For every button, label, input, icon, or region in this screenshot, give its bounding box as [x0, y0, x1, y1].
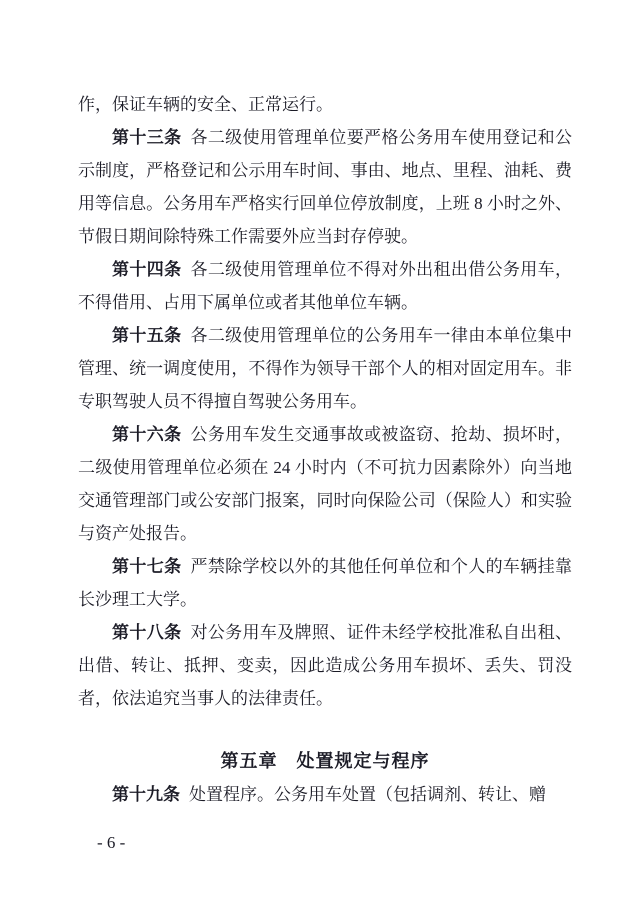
article-18-number: 第十八条 [112, 623, 181, 642]
article-16-number: 第十六条 [112, 425, 181, 444]
article-13-paragraph: 第十三条各二级使用管理单位要严格公务用车使用登记和公示制度，严格登记和公示用车时… [78, 121, 572, 253]
chapter-heading: 第五章 处置规定与程序 [78, 745, 572, 778]
article-19-text: 处置程序。公务用车处置（包括调剂、转让、赠 [189, 785, 546, 804]
article-18-paragraph: 第十八条对公务用车及牌照、证件未经学校批准私自出租、出借、转让、抵押、变卖，因此… [78, 616, 572, 715]
article-19-paragraph: 第十九条处置程序。公务用车处置（包括调剂、转让、赠 [78, 778, 572, 811]
page-number: - 6 - [97, 833, 125, 853]
article-16-paragraph: 第十六条公务用车发生交通事故或被盗窃、抢劫、损坏时，二级使用管理单位必须在 24… [78, 418, 572, 550]
document-body: 作，保证车辆的安全、正常运行。 第十三条各二级使用管理单位要严格公务用车使用登记… [78, 88, 572, 811]
article-13-number: 第十三条 [112, 128, 181, 147]
article-14-number: 第十四条 [112, 260, 181, 279]
article-17-paragraph: 第十七条严禁除学校以外的其他任何单位和个人的车辆挂靠长沙理工大学。 [78, 550, 572, 616]
article-15-paragraph: 第十五条各二级使用管理单位的公务用车一律由本单位集中管理、统一调度使用，不得作为… [78, 319, 572, 418]
document-page: 作，保证车辆的安全、正常运行。 第十三条各二级使用管理单位要严格公务用车使用登记… [0, 0, 641, 910]
article-15-number: 第十五条 [112, 326, 181, 345]
article-17-number: 第十七条 [112, 557, 181, 576]
continuation-paragraph: 作，保证车辆的安全、正常运行。 [78, 88, 572, 121]
article-14-paragraph: 第十四条各二级使用管理单位不得对外出租出借公务用车，不得借用、占用下属单位或者其… [78, 253, 572, 319]
article-19-number: 第十九条 [112, 785, 180, 804]
